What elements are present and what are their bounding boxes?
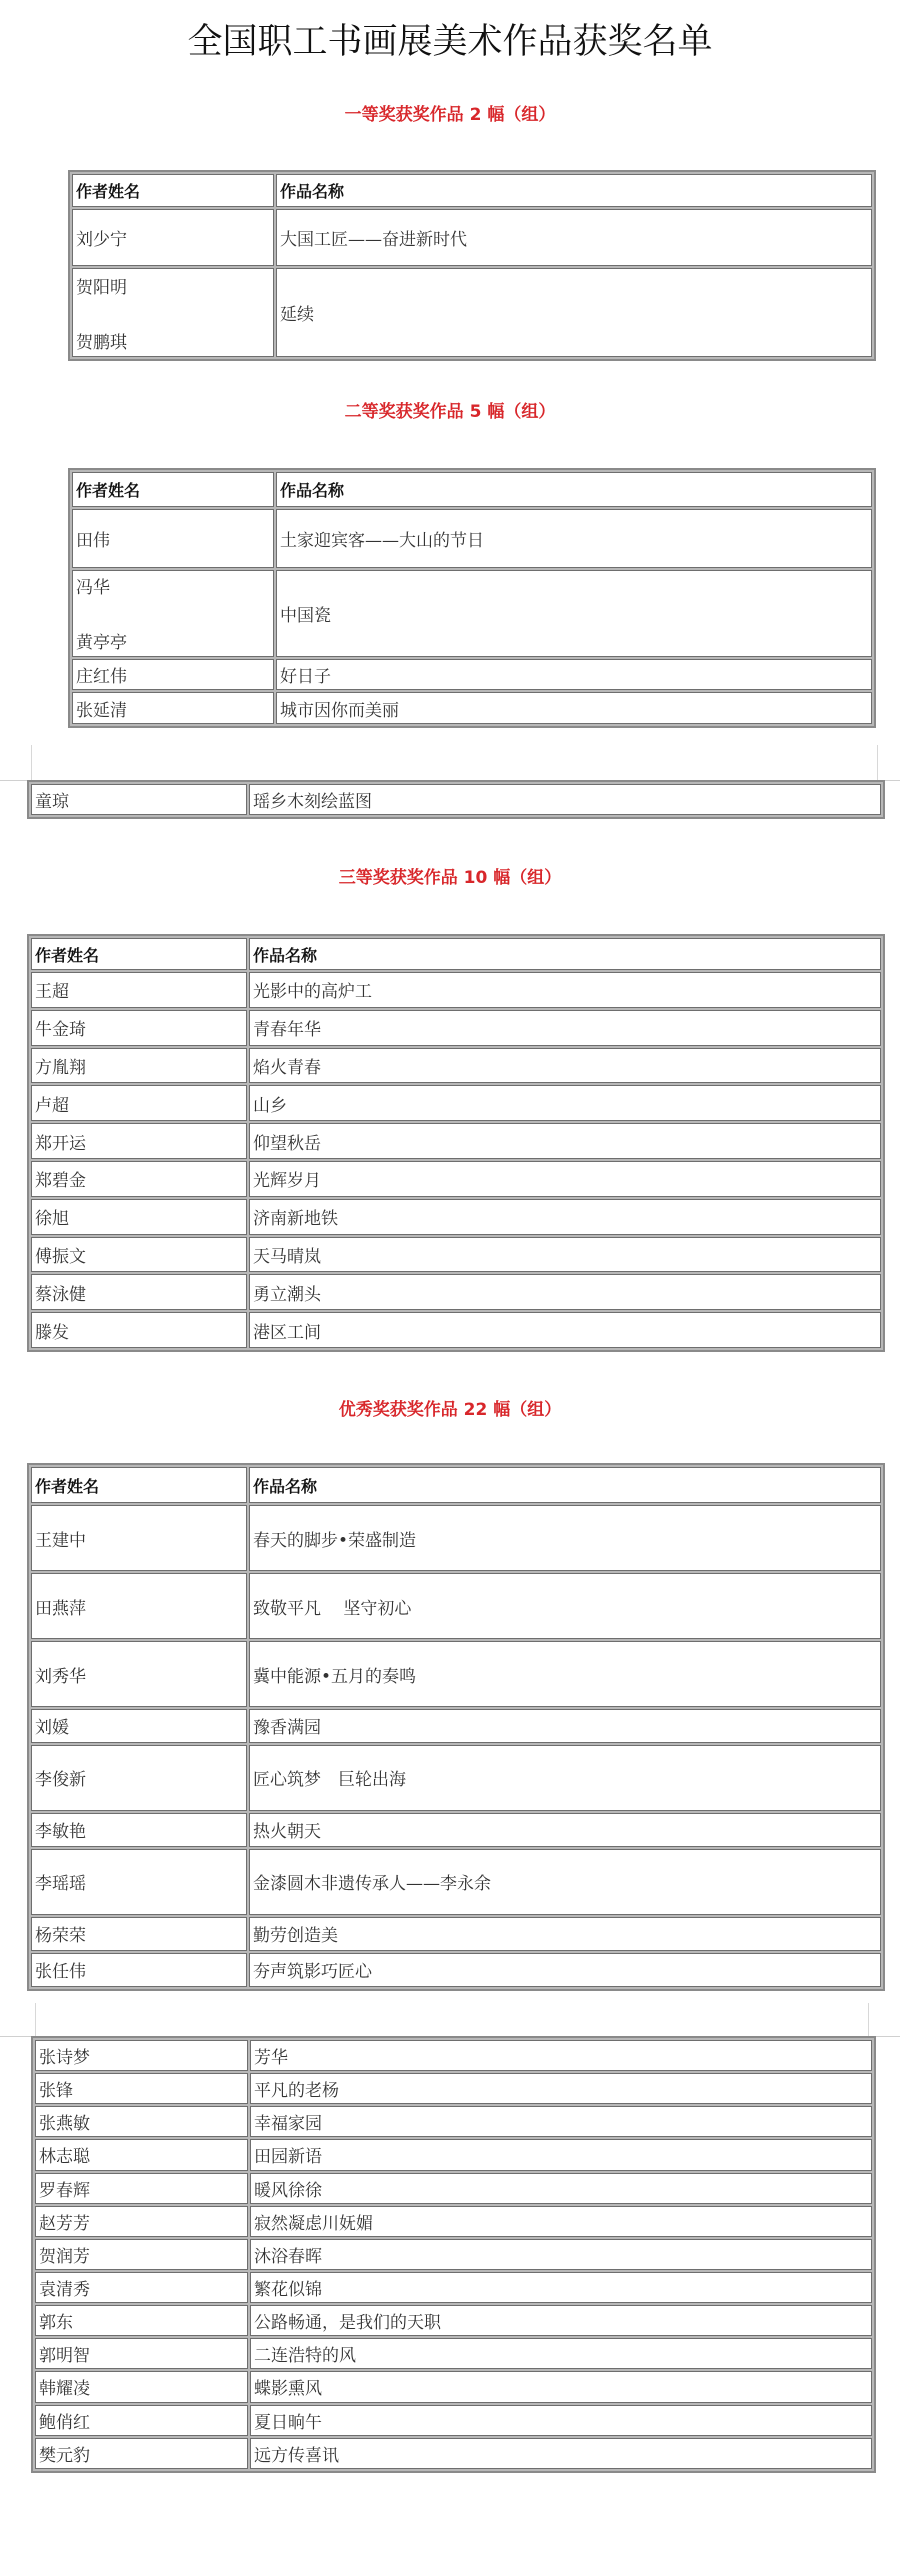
author-name: 冯华 <box>76 573 270 598</box>
author-cell: 卢超 <box>31 1085 247 1121</box>
work-column-header: 作品名称 <box>249 1467 881 1503</box>
work-cell: 港区工间 <box>249 1312 881 1348</box>
author-cell: 郑碧金 <box>31 1161 247 1197</box>
author-cell: 李敏艳 <box>31 1813 247 1847</box>
author-cell: 田燕萍 <box>31 1573 247 1639</box>
work-cell: 土家迎宾客——大山的节日 <box>276 509 872 568</box>
table-row: 蔡泳健勇立潮头 <box>31 1274 881 1310</box>
work-cell: 勇立潮头 <box>249 1274 881 1310</box>
author-cell: 杨荣荣 <box>31 1917 247 1951</box>
second-prize-table: 作者姓名 作品名称 田伟 土家迎宾客——大山的节日 冯华 黄亭亭 中国瓷 庄红伟… <box>68 468 876 728</box>
work-cell: 中国瓷 <box>276 570 872 657</box>
table-row: 张延清 城市因你而美丽 <box>72 692 872 724</box>
author-cell: 童琼 <box>31 784 247 815</box>
table-row: 田伟 土家迎宾客——大山的节日 <box>72 509 872 568</box>
work-cell: 幸福家园 <box>250 2106 872 2137</box>
table-row: 庄红伟 好日子 <box>72 659 872 691</box>
table-row: 郑开运仰望秋岳 <box>31 1123 881 1159</box>
work-cell: 繁花似锦 <box>250 2272 872 2303</box>
page-break-line <box>876 2036 900 2037</box>
table-row: 袁清秀繁花似锦 <box>35 2272 872 2303</box>
table-row: 张燕敏幸福家园 <box>35 2106 872 2137</box>
author-column-header: 作者姓名 <box>72 174 274 207</box>
work-cell: 仰望秋岳 <box>249 1123 881 1159</box>
table-row: 郑碧金光辉岁月 <box>31 1161 881 1197</box>
author-cell: 滕发 <box>31 1312 247 1348</box>
work-cell: 芳华 <box>250 2040 872 2071</box>
author-cell: 田伟 <box>72 509 274 568</box>
work-cell: 暖风徐徐 <box>250 2173 872 2204</box>
table-row: 滕发港区工间 <box>31 1312 881 1348</box>
table-row: 樊元豹远方传喜讯 <box>35 2438 872 2469</box>
work-cell: 二连浩特的风 <box>250 2338 872 2369</box>
table-row: 林志聪田园新语 <box>35 2139 872 2170</box>
author-cell: 郭明智 <box>35 2338 248 2369</box>
excellence-prize-table-continued: 张诗梦芳华 张锋平凡的老杨 张燕敏幸福家园 林志聪田园新语 罗春辉暖风徐徐 赵芳… <box>31 2036 876 2473</box>
work-column-header: 作品名称 <box>276 472 872 507</box>
work-cell: 瑶乡木刻绘蓝图 <box>249 784 881 815</box>
table-row: 童琼 瑶乡木刻绘蓝图 <box>31 784 881 815</box>
table-row: 杨荣荣勤劳创造美 <box>31 1917 881 1951</box>
author-cell: 王超 <box>31 972 247 1008</box>
page-break-marker <box>877 745 878 780</box>
work-cell: 寂然凝虑川妩媚 <box>250 2206 872 2237</box>
author-cell: 庄红伟 <box>72 659 274 691</box>
author-name: 黄亭亭 <box>76 628 270 653</box>
work-cell: 夏日晌午 <box>250 2405 872 2436</box>
work-cell: 平凡的老杨 <box>250 2073 872 2104</box>
work-cell: 热火朝天 <box>249 1813 881 1847</box>
page-break-marker <box>31 745 32 780</box>
table-row: 赵芳芳寂然凝虑川妩媚 <box>35 2206 872 2237</box>
author-cell: 刘少宁 <box>72 209 274 266</box>
page-break-line <box>0 2036 31 2037</box>
work-cell: 致敬平凡 坚守初心 <box>249 1573 881 1639</box>
work-cell: 远方传喜讯 <box>250 2438 872 2469</box>
page-break-marker <box>868 2003 869 2036</box>
table-row: 韩耀凌蝶影熏风 <box>35 2371 872 2402</box>
table-header-row: 作者姓名 作品名称 <box>72 472 872 507</box>
table-row: 刘媛豫香满园 <box>31 1709 881 1743</box>
author-cell: 郑开运 <box>31 1123 247 1159</box>
author-cell: 方胤翔 <box>31 1048 247 1084</box>
table-row: 郭明智二连浩特的风 <box>35 2338 872 2369</box>
work-cell: 勤劳创造美 <box>249 1917 881 1951</box>
author-cell: 李俊新 <box>31 1745 247 1811</box>
second-prize-heading: 二等奖获奖作品 5 幅（组） <box>0 400 900 424</box>
table-row: 贺阳明 贺鹏琪 延续 <box>72 268 872 357</box>
work-cell: 延续 <box>276 268 872 357</box>
author-name: 贺鹏琪 <box>76 328 270 353</box>
work-cell: 山乡 <box>249 1085 881 1121</box>
work-cell: 春天的脚步•荣盛制造 <box>249 1505 881 1571</box>
table-row: 张任伟夯声筑影巧匠心 <box>31 1953 881 1987</box>
table-row: 李敏艳热火朝天 <box>31 1813 881 1847</box>
author-cell: 樊元豹 <box>35 2438 248 2469</box>
work-cell: 豫香满园 <box>249 1709 881 1743</box>
work-cell: 公路畅通，是我们的天职 <box>250 2305 872 2336</box>
third-prize-heading: 三等奖获奖作品 10 幅（组） <box>0 866 900 890</box>
table-row: 牛金琦青春年华 <box>31 1010 881 1046</box>
table-row: 张锋平凡的老杨 <box>35 2073 872 2104</box>
author-cell: 贺阳明 贺鹏琪 <box>72 268 274 357</box>
table-row: 贺润芳沐浴春晖 <box>35 2239 872 2270</box>
author-cell: 贺润芳 <box>35 2239 248 2270</box>
author-cell: 徐旭 <box>31 1199 247 1235</box>
author-cell: 牛金琦 <box>31 1010 247 1046</box>
table-row: 李瑶瑶金漆圆木非遗传承人——李永余 <box>31 1849 881 1915</box>
author-cell: 张诗梦 <box>35 2040 248 2071</box>
author-cell: 李瑶瑶 <box>31 1849 247 1915</box>
author-cell: 袁清秀 <box>35 2272 248 2303</box>
table-row: 傅振文天马晴岚 <box>31 1237 881 1273</box>
table-row: 郭东公路畅通，是我们的天职 <box>35 2305 872 2336</box>
author-cell: 鲍俏红 <box>35 2405 248 2436</box>
author-cell: 蔡泳健 <box>31 1274 247 1310</box>
page-title: 全国职工书画展美术作品获奖名单 <box>0 18 900 66</box>
work-cell: 冀中能源•五月的奏鸣 <box>249 1641 881 1707</box>
page-break-line <box>885 780 900 781</box>
work-cell: 焰火青春 <box>249 1048 881 1084</box>
author-cell: 赵芳芳 <box>35 2206 248 2237</box>
work-cell: 城市因你而美丽 <box>276 692 872 724</box>
table-header-row: 作者姓名 作品名称 <box>31 938 881 970</box>
work-cell: 匠心筑梦 巨轮出海 <box>249 1745 881 1811</box>
author-column-header: 作者姓名 <box>31 938 247 970</box>
table-row: 卢超山乡 <box>31 1085 881 1121</box>
author-cell: 冯华 黄亭亭 <box>72 570 274 657</box>
author-cell: 郭东 <box>35 2305 248 2336</box>
work-cell: 夯声筑影巧匠心 <box>249 1953 881 1987</box>
author-cell: 林志聪 <box>35 2139 248 2170</box>
work-cell: 光辉岁月 <box>249 1161 881 1197</box>
author-cell: 王建中 <box>31 1505 247 1571</box>
table-row: 张诗梦芳华 <box>35 2040 872 2071</box>
work-column-header: 作品名称 <box>276 174 872 207</box>
table-row: 田燕萍致敬平凡 坚守初心 <box>31 1573 881 1639</box>
excellence-prize-table: 作者姓名 作品名称 王建中春天的脚步•荣盛制造 田燕萍致敬平凡 坚守初心 刘秀华… <box>27 1463 885 1991</box>
work-cell: 蝶影熏风 <box>250 2371 872 2402</box>
third-prize-table: 作者姓名 作品名称 王超光影中的高炉工 牛金琦青春年华 方胤翔焰火青春 卢超山乡… <box>27 934 885 1352</box>
page-break-line <box>0 780 27 781</box>
author-cell: 傅振文 <box>31 1237 247 1273</box>
page-break-marker <box>35 2003 36 2036</box>
table-row: 方胤翔焰火青春 <box>31 1048 881 1084</box>
table-row: 刘秀华冀中能源•五月的奏鸣 <box>31 1641 881 1707</box>
work-cell: 沐浴春晖 <box>250 2239 872 2270</box>
excellence-prize-heading: 优秀奖获奖作品 22 幅（组） <box>0 1398 900 1422</box>
table-row: 王建中春天的脚步•荣盛制造 <box>31 1505 881 1571</box>
first-prize-heading: 一等奖获奖作品 2 幅（组） <box>0 103 900 127</box>
author-cell: 张任伟 <box>31 1953 247 1987</box>
table-row: 冯华 黄亭亭 中国瓷 <box>72 570 872 657</box>
work-cell: 大国工匠——奋进新时代 <box>276 209 872 266</box>
table-row: 李俊新匠心筑梦 巨轮出海 <box>31 1745 881 1811</box>
table-row: 鲍俏红夏日晌午 <box>35 2405 872 2436</box>
author-cell: 刘媛 <box>31 1709 247 1743</box>
table-row: 徐旭济南新地铁 <box>31 1199 881 1235</box>
author-name: 贺阳明 <box>76 273 270 298</box>
table-row: 刘少宁 大国工匠——奋进新时代 <box>72 209 872 266</box>
author-cell: 张燕敏 <box>35 2106 248 2137</box>
second-prize-table-continued: 童琼 瑶乡木刻绘蓝图 <box>27 780 885 819</box>
table-row: 王超光影中的高炉工 <box>31 972 881 1008</box>
author-cell: 韩耀凌 <box>35 2371 248 2402</box>
table-header-row: 作者姓名 作品名称 <box>31 1467 881 1503</box>
author-column-header: 作者姓名 <box>31 1467 247 1503</box>
author-cell: 张锋 <box>35 2073 248 2104</box>
work-cell: 田园新语 <box>250 2139 872 2170</box>
work-cell: 济南新地铁 <box>249 1199 881 1235</box>
table-row: 罗春辉暖风徐徐 <box>35 2173 872 2204</box>
work-cell: 好日子 <box>276 659 872 691</box>
first-prize-table: 作者姓名 作品名称 刘少宁 大国工匠——奋进新时代 贺阳明 贺鹏琪 延续 <box>68 170 876 361</box>
author-cell: 罗春辉 <box>35 2173 248 2204</box>
author-cell: 张延清 <box>72 692 274 724</box>
work-cell: 光影中的高炉工 <box>249 972 881 1008</box>
author-column-header: 作者姓名 <box>72 472 274 507</box>
work-cell: 天马晴岚 <box>249 1237 881 1273</box>
work-column-header: 作品名称 <box>249 938 881 970</box>
work-cell: 金漆圆木非遗传承人——李永余 <box>249 1849 881 1915</box>
author-cell: 刘秀华 <box>31 1641 247 1707</box>
work-cell: 青春年华 <box>249 1010 881 1046</box>
table-header-row: 作者姓名 作品名称 <box>72 174 872 207</box>
